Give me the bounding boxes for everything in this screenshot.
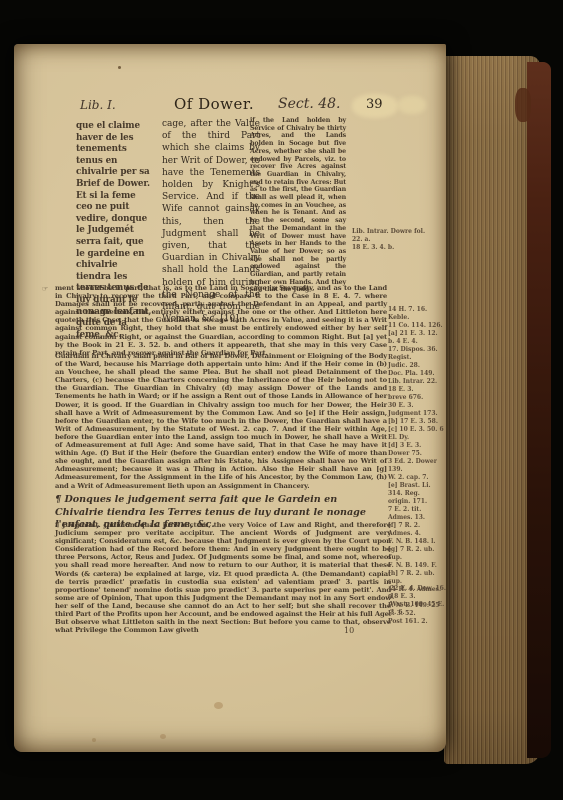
book-page: Lib. I. Of Dower. Sect. 48. 39 que el cl… — [14, 44, 446, 752]
paper-stain — [398, 96, 426, 114]
left-book-edge — [0, 38, 11, 762]
page-stack-striations — [444, 56, 540, 764]
paper-speck — [160, 734, 166, 739]
margin-note: 14 H. 7. 16. Keble. 11 Co. 114. 126. [a]… — [388, 306, 444, 626]
running-header-book: Lib. I. — [80, 98, 116, 112]
book-cover-edge — [527, 62, 551, 758]
manicule-icon: ☞ — [42, 285, 48, 293]
running-header-title: Of Dower. — [174, 95, 254, 113]
page-number: 39 — [366, 97, 383, 112]
margin-note: Lib. Intrar. Dowre fol. 22. a. 18 E. 3. … — [352, 228, 438, 252]
margin-note: 22 E. 4. Dow. 16. 18 E. 3. Wast. 100. 45… — [390, 585, 446, 617]
commentary-paragraph-3: ¶ Judgment. Judicium quasi juris dictum,… — [55, 521, 391, 634]
paper-speck — [92, 738, 96, 742]
column-commentary: if the Land holden by Service of Chivalr… — [250, 117, 346, 294]
signature-mark: 10 — [344, 626, 354, 635]
commentary-paragraph-1: ment should be in part, that is, as to t… — [55, 284, 387, 357]
paper-speck — [118, 66, 121, 69]
paper-speck — [214, 702, 223, 709]
book-photo: Lib. I. Of Dower. Sect. 48. 39 que el cl… — [0, 0, 563, 800]
commentary-paragraph-2: Guardian in Chivalry shall plead in Bar … — [55, 352, 387, 490]
cover-wear-mark — [515, 88, 531, 122]
fore-edge-page-stack — [444, 56, 540, 764]
running-header-section: Sect. 48. — [278, 96, 341, 112]
